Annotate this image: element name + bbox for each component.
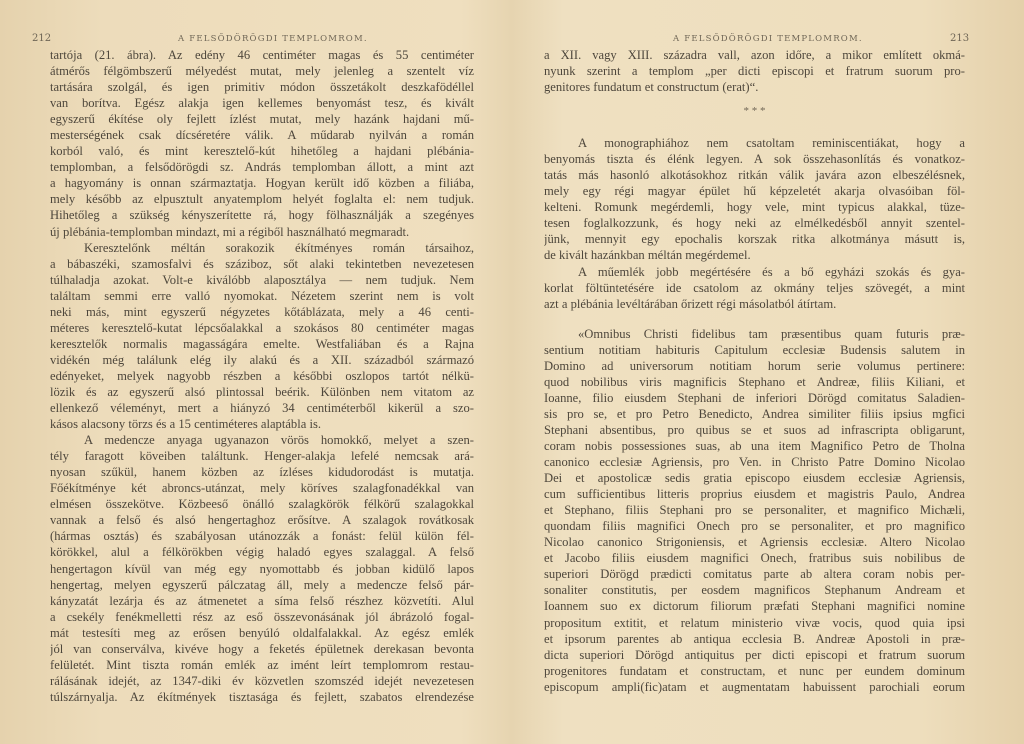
text-line: elmésen összekötve. Közbeeső önálló szal… (50, 496, 474, 512)
text-line: coram nobis possessiones suas, ab una it… (544, 438, 965, 454)
text-line: de kivált hazánkban méltán megérdemel. (544, 247, 965, 263)
right-page: A FELSŐDÖRÖGDI TEMPLOMROM. 213 a XII. va… (512, 0, 1024, 744)
text-line: mesterségének csak dícséretére válik. A … (50, 127, 474, 143)
running-head: A FELSŐDÖRÖGDI TEMPLOMROM. (178, 34, 368, 44)
text-line: et ipsorum parentes ab antiqua ecclesia … (544, 631, 965, 647)
paragraph-gap (544, 312, 965, 326)
text-line: cum sufficientibus litteris proprius eiu… (544, 486, 965, 502)
text-line: ellenkező véleményt, mert a hiányzó 34 c… (50, 400, 474, 416)
text-line: Dei et apostolicæ sedis gratia episcopo … (544, 470, 965, 486)
text-line: nyunk szerint a templom „per dicti episc… (544, 63, 965, 79)
text-line: Hihetőleg a szükség kényszerítette rá, h… (50, 207, 474, 223)
text-line: templomban, a felsődörögdi sz. András te… (50, 159, 474, 175)
text-line: túlhaladja azokat. Volt-e kiválóbb alapo… (50, 272, 474, 288)
body-text: tartója (21. ábra). Az edény 46 centimét… (50, 47, 474, 705)
text-line: találtam semmi erre valló nyomokat. Néze… (50, 288, 474, 304)
text-line: keresztelők normalis magasságára emelte.… (50, 336, 474, 352)
text-line: Stephani absentibus, pro quibus se et su… (544, 422, 965, 438)
text-line: episcopum ampli(fic)atam et augmentatam … (544, 679, 965, 695)
text-line: körökkel, alul a félkörökben végig halad… (50, 544, 474, 560)
text-line: «Omnibus Christi fidelibus tam præsentib… (544, 326, 965, 342)
text-line: A medencze anyaga ugyanazon vörös homokk… (50, 432, 474, 448)
text-line: genitores fundatum et constructum (erat)… (544, 79, 965, 95)
text-line: Ioanne, filio eiusdem Stephani de inferi… (544, 390, 965, 406)
text-line: kásos alacsony törzs és a 15 centimétere… (50, 416, 474, 432)
text-line: Főékítménye két abroncs-utánzat, mely kö… (50, 480, 474, 496)
text-line: felületét. Mint tiszta román emlék az im… (50, 657, 474, 673)
text-line: tély faragott köveiben találtunk. Henger… (50, 448, 474, 464)
text-line: nyosan szűkül, hanem közben az ízléses k… (50, 464, 474, 480)
text-line: egyszerű ékítése oly fejlett ízlést muta… (50, 111, 474, 127)
text-line: túlszárnyalja. Az ékítmények tisztasága … (50, 689, 474, 705)
page-number: 213 (950, 33, 969, 44)
text-line: propositum extitit, et relatum ministeri… (544, 615, 965, 631)
text-line: a bábaszéki, szamosfalvi és száziboz, ső… (50, 256, 474, 272)
text-line: mely egy régi magyar épület hű képzeleté… (544, 183, 965, 199)
text-line: lözik és az egyszerű alsó plintossal beé… (50, 384, 474, 400)
text-line: quondam filiis magnifici Onech pro se pe… (544, 518, 965, 534)
text-line: tesen foglalkozzunk, és hogy neki az elm… (544, 215, 965, 231)
text-line: kelteni. Romunk megérdemli, hogy vele, m… (544, 199, 965, 215)
text-line: Domino ad universorum notitiam horum ser… (544, 358, 965, 374)
text-line: A műemlék jobb megértésére és a bő egyhá… (544, 264, 965, 280)
left-page: 212 A FELSŐDÖRÖGDI TEMPLOMROM. tartója (… (0, 0, 512, 744)
text-line: hengertag, melyen egyszerű pálczatag áll… (50, 577, 474, 593)
text-line: Ioannem suo ex dictorum filiorum præfati… (544, 598, 965, 614)
text-line: sentium notitiam habituris Capitulum ecc… (544, 342, 965, 358)
text-line: superiori Dörögd prædicti comitatus part… (544, 566, 965, 582)
text-line: kányzatát lezárja és az átmenetet a síma… (50, 593, 474, 609)
text-line: jól van conserválva, kivéve hogy a feket… (50, 641, 474, 657)
section-separator: * * * (544, 95, 965, 135)
text-line: A monographiához nem csatoltam reminisce… (544, 135, 965, 151)
text-line: a XII. vagy XIII. századra vall, azon id… (544, 47, 965, 63)
text-line: rálásának idejét, az 1347-diki év közvet… (50, 673, 474, 689)
text-line: Keresztelőnk méltán sorakozik ékítményes… (50, 240, 474, 256)
text-line: progenitores fundatam et constructam, et… (544, 663, 965, 679)
text-line: dicta superiori Dörögd antiquitus per di… (544, 647, 965, 663)
text-line: mát testesíti meg az erősen benyúló olda… (50, 625, 474, 641)
text-line: a hagyomány is onnan származtatja. Hogya… (50, 175, 474, 191)
text-line: et Jacobo filiis eiusdem magnifici Onech… (544, 550, 965, 566)
page-number: 212 (32, 33, 51, 44)
text-line: vannak a felső és alsó hengertaghoz erős… (50, 512, 474, 528)
text-line: Nicolao canonico Strigoniensis, et Agrie… (544, 534, 965, 550)
text-line: vidékén még találunk elég ily alakú és a… (50, 352, 474, 368)
text-line: méteres keresztelő-kutat lépcsőalakkal a… (50, 320, 474, 336)
text-line: hengertagon kívül van még egy nyomottabb… (50, 561, 474, 577)
text-line: jünk, mennyit egy epochalis korszak ritk… (544, 231, 965, 247)
text-line: edényeket, melyek nagyobb részben a késő… (50, 368, 474, 384)
text-line: neki más, mint egyszerű négyzetes kőtábl… (50, 304, 474, 320)
text-line: et Stephano, filiis Stephani pro se pers… (544, 502, 965, 518)
book-spread: 212 A FELSŐDÖRÖGDI TEMPLOMROM. tartója (… (0, 0, 1024, 744)
text-line: azt a plébánia levéltárában őrizett régi… (544, 296, 965, 312)
text-line: a csekély fenékmelletti rész az eső össz… (50, 609, 474, 625)
text-line: benyomás tiszta és élénk legyen. A sok ö… (544, 151, 965, 167)
text-line: (hármas osztás) és szabályosan utánozzák… (50, 528, 474, 544)
text-line: canonico ecclesiæ Agriensis, pro Ven. in… (544, 454, 965, 470)
text-line: sonaliter constitutis, per eosdem magnif… (544, 582, 965, 598)
text-line: átmérős félgömbszerű mélyedést mutat, me… (50, 63, 474, 79)
text-line: korból való, és mint keresztelő-kút hihe… (50, 143, 474, 159)
text-line: tartója (21. ábra). Az edény 46 centimét… (50, 47, 474, 63)
text-line: korlat föltüntetésére ide csatolom az ok… (544, 280, 965, 296)
text-line: új plébánia-templomban mindazt, mi a rég… (50, 224, 474, 240)
text-line: sis pro se, et pro Petro Benedicto, Andr… (544, 406, 965, 422)
text-line: mely később az elpusztult anyatemplom he… (50, 191, 474, 207)
text-line: van borítva. Egész alakja igen kellemes … (50, 95, 474, 111)
body-text: a XII. vagy XIII. századra vall, azon id… (544, 47, 965, 695)
text-line: tatás más hasonló alkotásokhoz ritkán vá… (544, 167, 965, 183)
text-line: quod nobilibus viris magnificis Stephano… (544, 374, 965, 390)
text-line: tartására szolgál, és igen primitiv módo… (50, 79, 474, 95)
running-head: A FELSŐDÖRÖGDI TEMPLOMROM. (673, 34, 863, 44)
